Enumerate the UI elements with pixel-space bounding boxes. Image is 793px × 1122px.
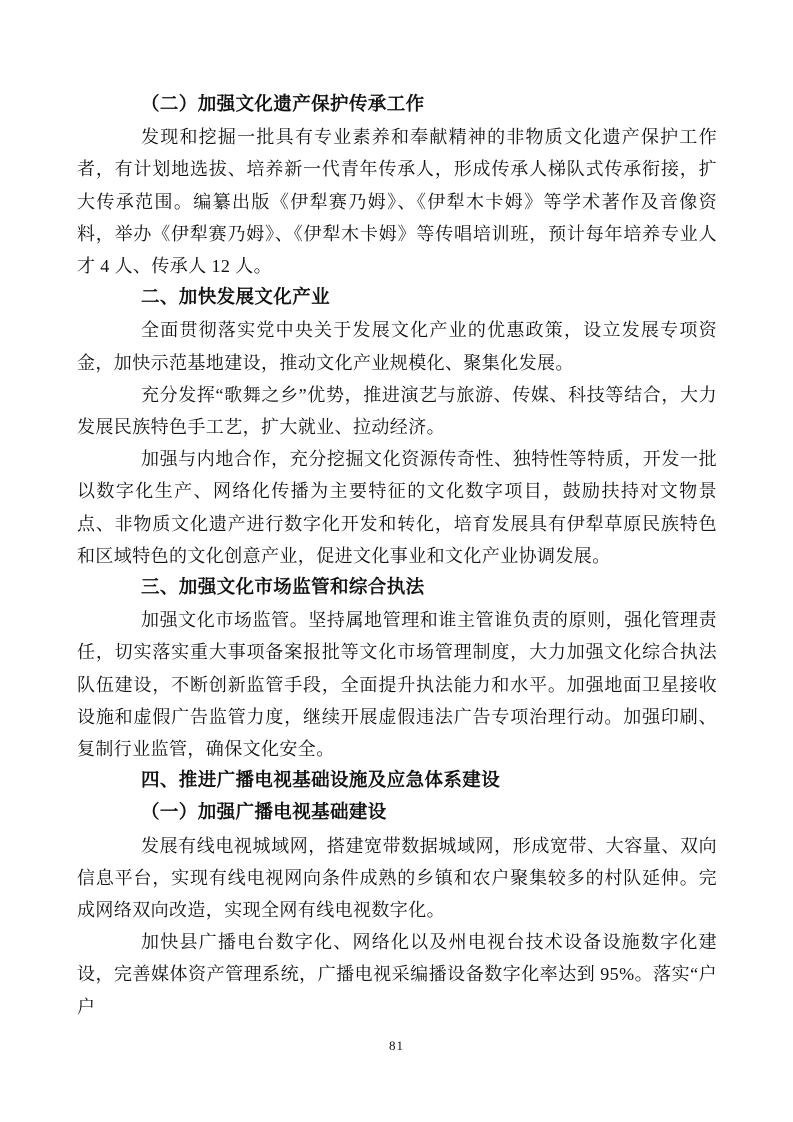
body-paragraph: 加强文化市场监管。坚持属地管理和谁主管谁负责的原则，强化管理责任，切实落实重大事… <box>77 604 717 765</box>
section-heading: 二、加快发展文化产业 <box>77 282 717 314</box>
section-heading: （一）加强广播电视基础建设 <box>77 797 717 829</box>
document-page: （二）加强文化遗产保护传承工作 发现和挖掘一批具有专业素养和奉献精神的非物质文化… <box>0 0 793 1122</box>
section-heading: （二）加强文化遗产保护传承工作 <box>77 89 717 121</box>
body-paragraph: 发展有线电视城域网，搭建宽带数据城域网，形成宽带、大容量、双向信息平台，实现有线… <box>77 830 717 927</box>
section-heading: 四、推进广播电视基础设施及应急体系建设 <box>77 765 717 797</box>
section-heading: 三、加强文化市场监管和综合执法 <box>77 572 717 604</box>
page-number: 81 <box>0 1038 793 1054</box>
document-body: （二）加强文化遗产保护传承工作 发现和挖掘一批具有专业素养和奉献精神的非物质文化… <box>77 89 717 1023</box>
body-paragraph: 发现和挖掘一批具有专业素养和奉献精神的非物质文化遗产保护工作者，有计划地选拔、培… <box>77 121 717 282</box>
body-paragraph: 加强与内地合作，充分挖掘文化资源传奇性、独特性等特质，开发一批以数字化生产、网络… <box>77 443 717 572</box>
body-paragraph: 充分发挥“歌舞之乡”优势，推进演艺与旅游、传媒、科技等结合，大力发展民族特色手工… <box>77 379 717 443</box>
body-paragraph: 加快县广播电台数字化、网络化以及州电视台技术设备设施数字化建设，完善媒体资产管理… <box>77 926 717 1023</box>
body-paragraph: 全面贯彻落实党中央关于发展文化产业的优惠政策，设立发展专项资金，加快示范基地建设… <box>77 314 717 378</box>
